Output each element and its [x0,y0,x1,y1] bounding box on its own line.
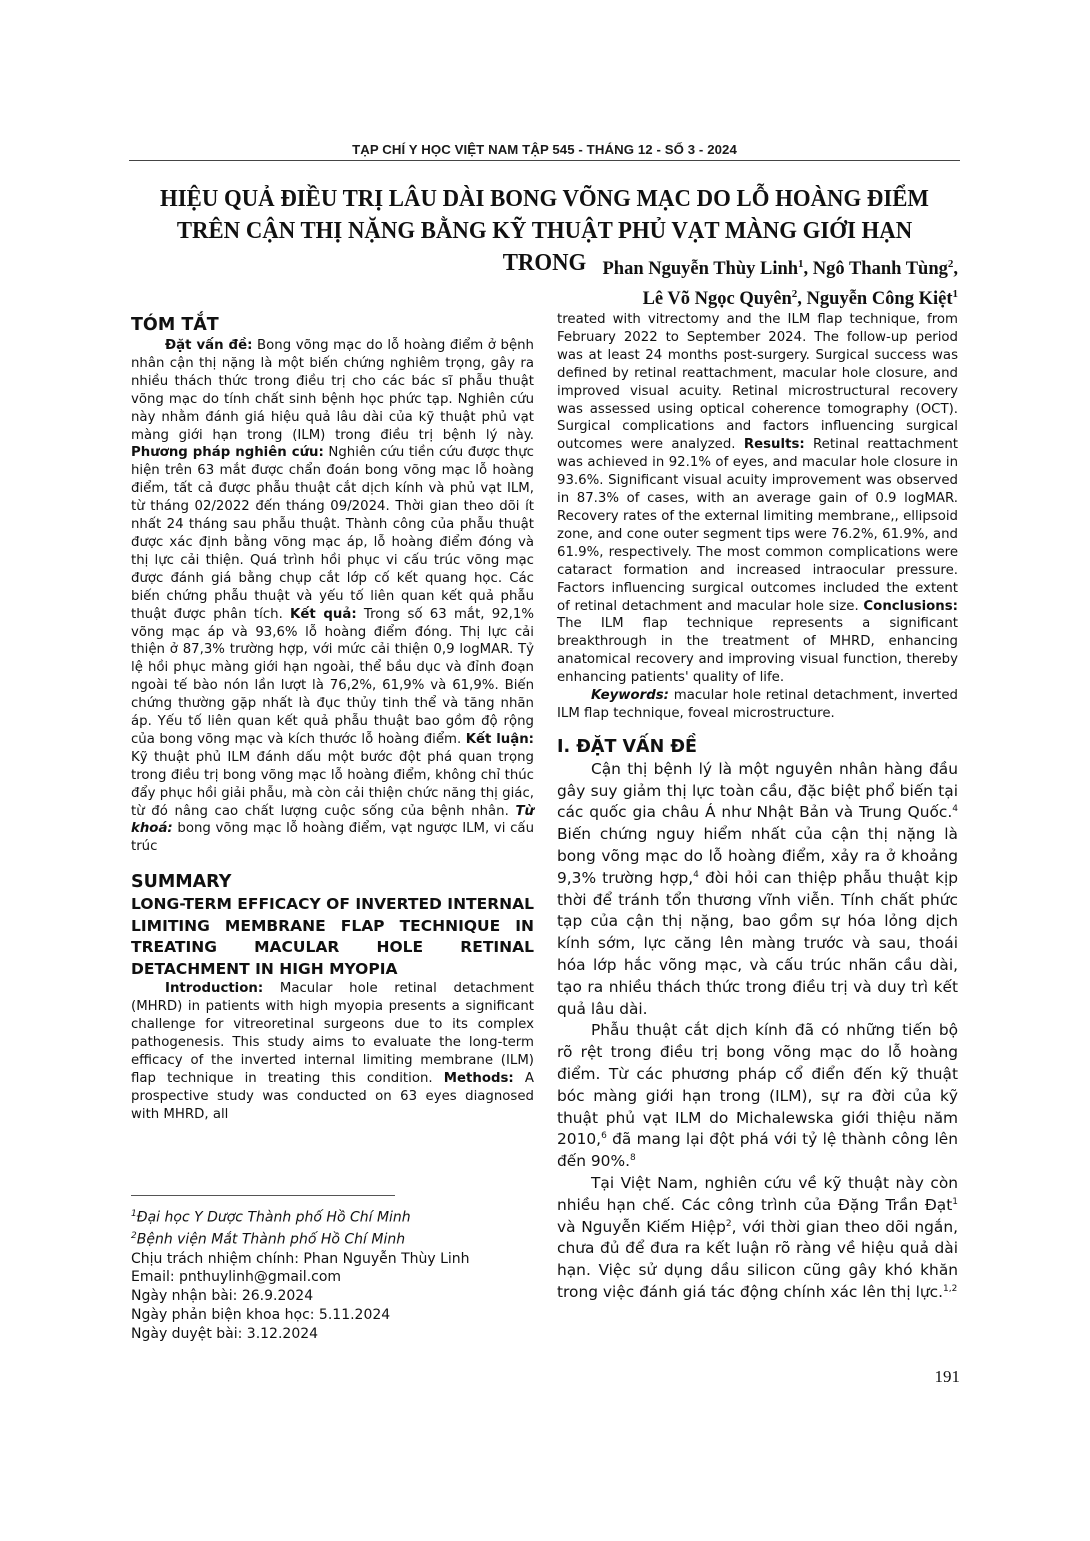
paragraph: Phẫu thuật cắt dịch kính đã có những tiế… [557,1020,958,1173]
summary-title: LONG-TERM EFFICACY OF INVERTED INTERNAL … [131,894,534,980]
affiliation-2: 2Bệnh viện Mắt Thành phố Hồ Chí Minh [131,1227,551,1249]
label-results: Results: [744,437,805,452]
summary-heading: SUMMARY [131,870,534,894]
paragraph: Tại Việt Nam, nghiên cứu về kỹ thuật này… [557,1173,958,1304]
paragraph-text: Tại Việt Nam, nghiên cứu về kỹ thuật này… [557,1174,958,1214]
abstract-vi-body: Đặt vấn đề: Bong võng mạc do lỗ hoàng đi… [131,337,534,856]
author-name: Nguyễn Công Kiệt [807,289,953,309]
footnotes: 1Đại học Y Dược Thành phố Hồ Chí Minh 2B… [131,1205,551,1343]
author-name: Phan Nguyễn Thùy Linh [603,259,799,279]
journal-page: TẠP CHÍ Y HỌC VIỆT NAM TẬP 545 - THÁNG 1… [0,0,1090,1541]
summary-body: Introduction: Macular hole retinal detac… [131,980,534,1123]
keywords: Keywords: macular hole retinal detachmen… [557,687,958,723]
text-ket-qua: Trong số 63 mắt, 92,1% võng mạc áp và 93… [131,607,534,747]
abstract-vi-heading: TÓM TẮT [131,313,534,337]
running-head: TẠP CHÍ Y HỌC VIỆT NAM TẬP 545 - THÁNG 1… [129,142,960,157]
date-accepted: Ngày duyệt bài: 3.12.2024 [131,1325,551,1344]
label-ket-qua: Kết quả: [290,607,357,622]
paragraph-text: và Nguyễn Kiếm Hiệp [557,1218,726,1236]
date-reviewed: Ngày phản biện khoa học: 5.11.2024 [131,1306,551,1325]
author-affiliation: 2 [948,258,954,270]
left-column: TÓM TẮT Đặt vấn đề: Bong võng mạc do lỗ … [131,313,534,1124]
label-phuong-phap: Phương pháp nghiên cứu: [131,445,324,460]
author-affiliation: 2 [792,288,798,300]
corresponding-author: Chịu trách nhiệm chính: Phan Nguyễn Thùy… [131,1250,551,1269]
citation: 4 [952,804,958,814]
citation: 1 [952,1197,958,1207]
section-1-heading: I. ĐẶT VẤN ĐỀ [557,735,958,759]
label-conclusions: Conclusions: [863,599,958,614]
text-ket-luan: Kỹ thuật phủ ILM đánh dấu một bước đột p… [131,750,534,819]
authors-line-2: Lê Võ Ngọc Quyên2, Nguyễn Công Kiệt1 [603,282,959,312]
author-list: Phan Nguyễn Thùy Linh1, Ngô Thanh Tùng2,… [603,252,959,312]
author-name: Ngô Thanh Tùng [813,259,948,279]
footnote-rule [131,1195,395,1196]
section-1-body: Cận thị bệnh lý là một nguyên nhân hàng … [557,759,958,1304]
affiliation-text: Đại học Y Dược Thành phố Hồ Chí Minh [137,1210,411,1226]
affiliation-1: 1Đại học Y Dược Thành phố Hồ Chí Minh [131,1205,551,1227]
text-phuong-phap: Nghiên cứu tiền cứu được thực hiện trên … [131,445,534,621]
date-received: Ngày nhận bài: 26.9.2024 [131,1287,551,1306]
title-line-1: HIỆU QUẢ ĐIỀU TRỊ LÂU DÀI BONG VÕNG MẠC … [158,183,931,215]
paragraph-text: đòi hỏi can thiệp phẫu thuật kịp thời để… [557,869,958,1018]
right-column: treated with vitrectomy and the ILM flap… [557,311,958,1304]
text-results: Retinal reattachment was achieved in 92.… [557,437,958,613]
label-ket-luan: Kết luận: [466,732,534,747]
affiliation-text: Bệnh viện Mắt Thành phố Hồ Chí Minh [137,1232,405,1248]
citation: 8 [630,1153,636,1163]
text-tu-khoa: bong võng mạc lỗ hoàng điểm, vạt ngược I… [131,821,534,854]
summary-body-continued: treated with vitrectomy and the ILM flap… [557,311,958,687]
label-keywords: Keywords: [591,688,669,703]
author-affiliation: 1 [798,258,804,270]
paragraph-text: Cận thị bệnh lý là một nguyên nhân hàng … [557,760,958,822]
label-dat-van-de: Đặt vấn đề: [165,338,252,353]
text-methods-continued: treated with vitrectomy and the ILM flap… [557,312,958,452]
text-conclusions: The ILM flap technique represents a sign… [557,616,958,685]
paragraph-text: đã mang lại đột phá với tỷ lệ thành công… [557,1130,958,1170]
header-rule [129,160,960,161]
label-methods: Methods: [444,1071,514,1086]
citation: 1,2 [943,1284,957,1294]
author-name: Lê Võ Ngọc Quyên [643,289,792,309]
paragraph: Cận thị bệnh lý là một nguyên nhân hàng … [557,759,958,1021]
author-affiliation: 1 [953,288,959,300]
page-number: 191 [920,1367,960,1387]
email: Email: pnthuylinh@gmail.com [131,1268,551,1287]
authors-line-1: Phan Nguyễn Thùy Linh1, Ngô Thanh Tùng2, [603,252,959,282]
text-dat-van-de: Bong võng mạc do lỗ hoàng điểm ở bệnh nh… [131,338,534,443]
label-introduction: Introduction: [165,981,263,996]
